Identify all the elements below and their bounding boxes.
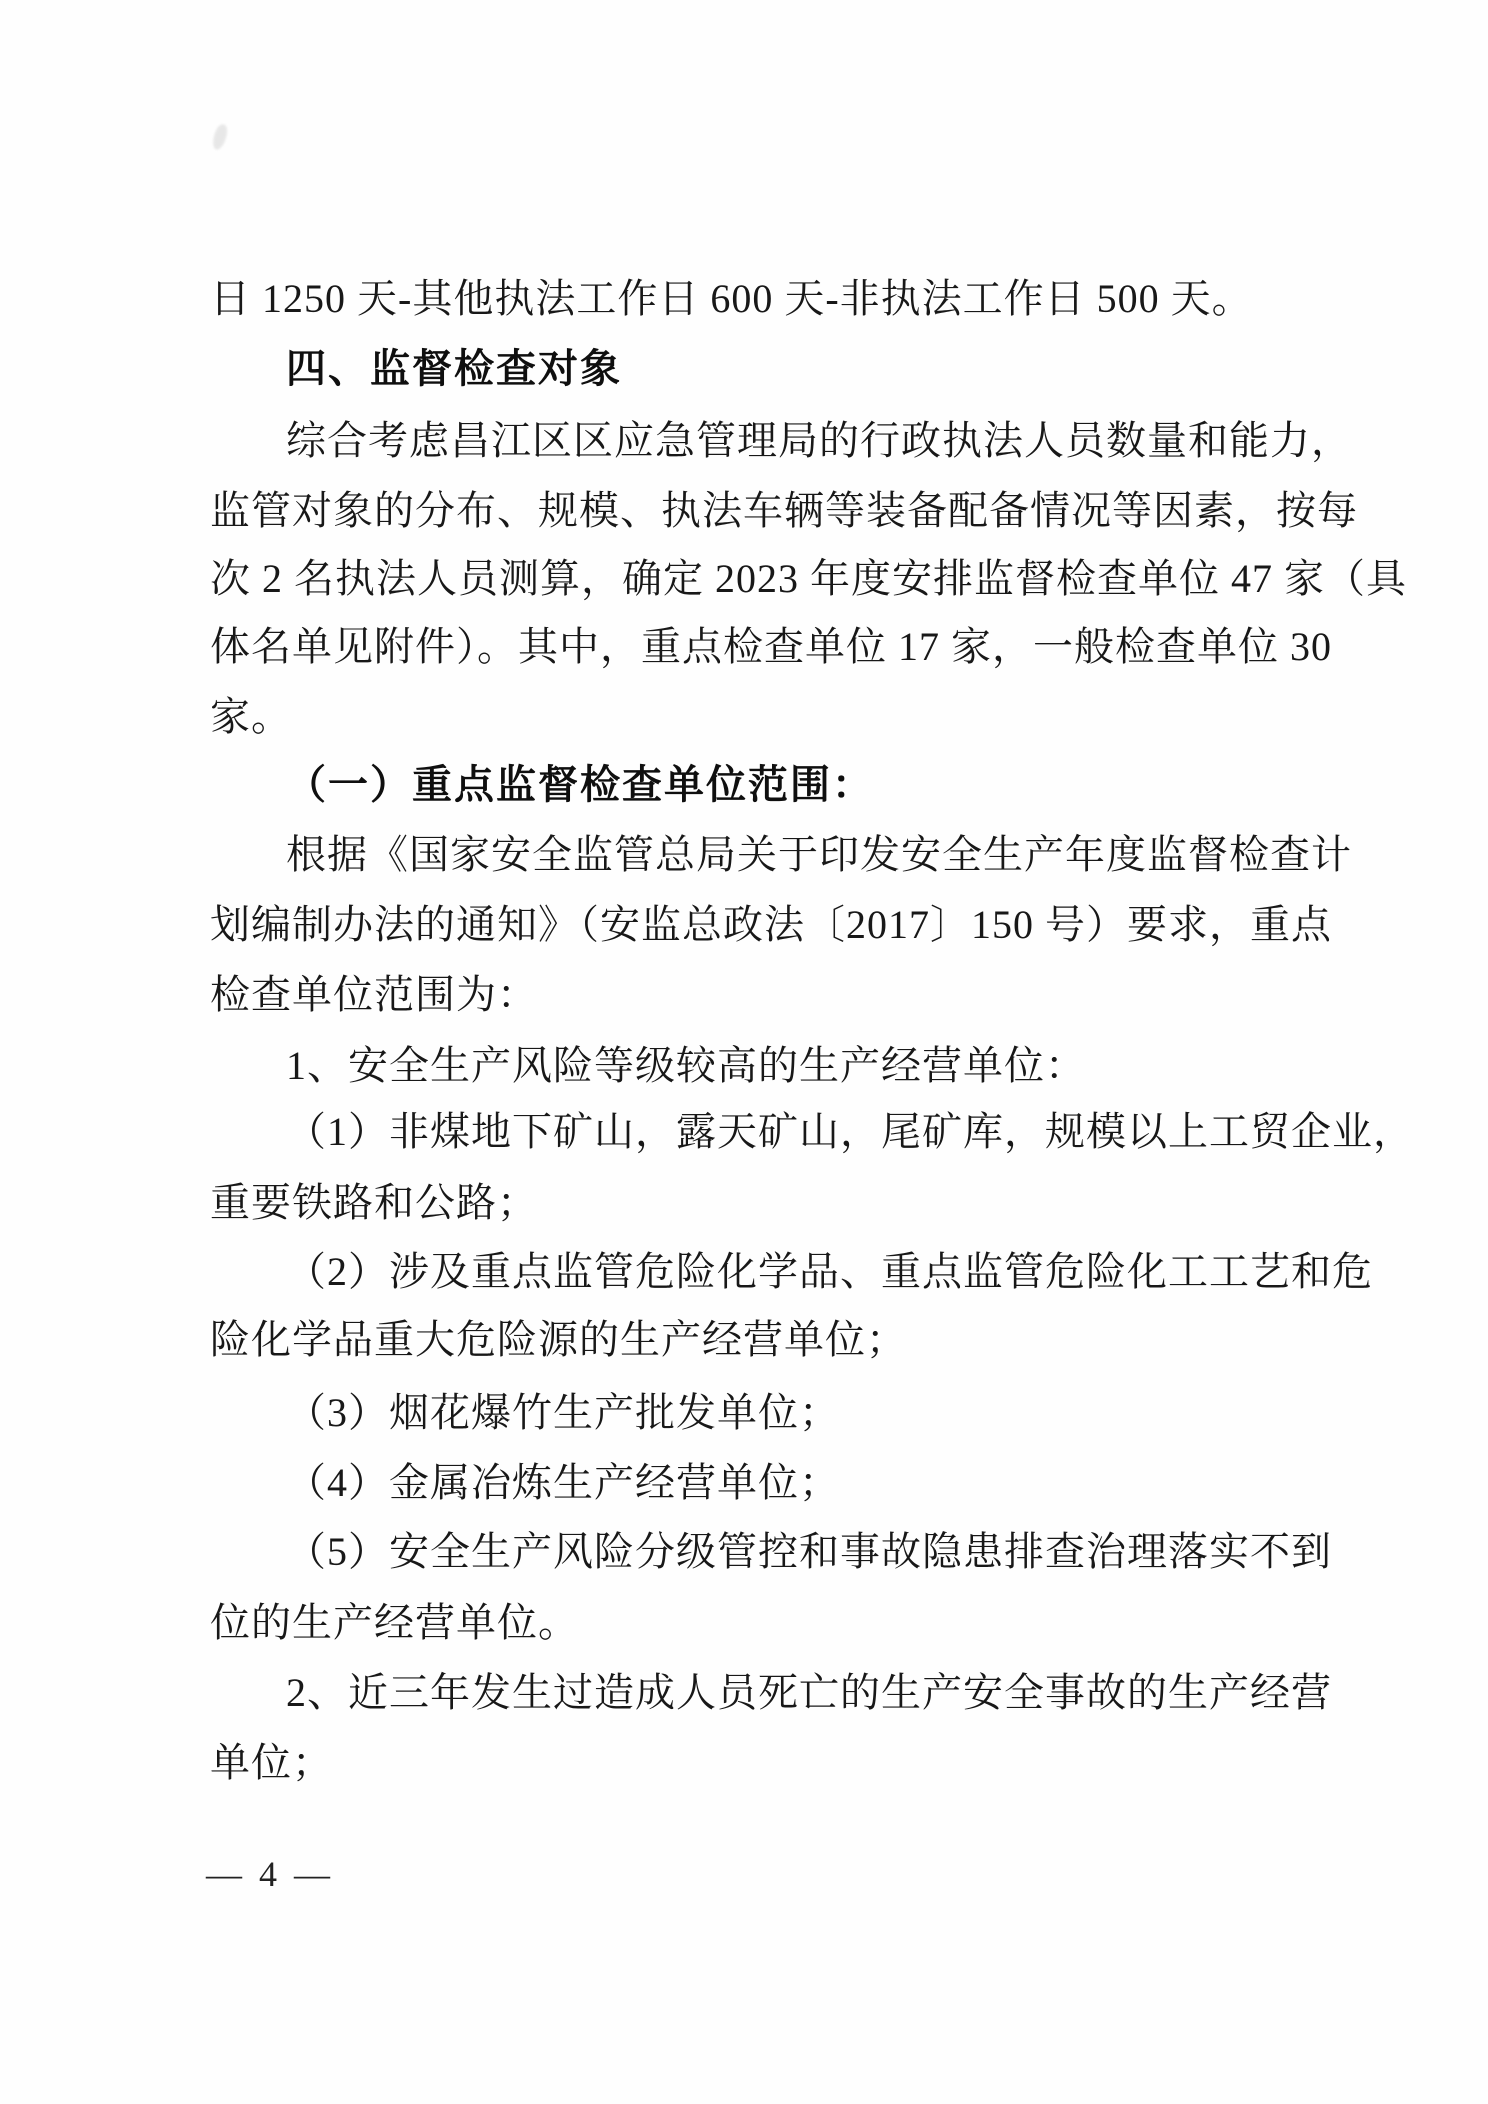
text-line: 位的生产经营单位。 bbox=[210, 1598, 1320, 1648]
text-line: （1）非煤地下矿山，露天矿山，尾矿库，规模以上工贸企业， bbox=[286, 1107, 1320, 1157]
scan-smudge-mark bbox=[211, 123, 229, 151]
text-line: 单位； bbox=[210, 1738, 1320, 1788]
page-number: — 4 — bbox=[206, 1852, 334, 1896]
text-line: 日 1250 天-其他执法工作日 600 天-非执法工作日 500 天。 bbox=[210, 274, 1320, 324]
document-page: 日 1250 天-其他执法工作日 600 天-非执法工作日 500 天。 四、监… bbox=[0, 0, 1488, 2104]
text-line: 体名单见附件）。其中，重点检查单位 17 家，一般检查单位 30 bbox=[210, 622, 1320, 672]
text-line: （3）烟花爆竹生产批发单位； bbox=[286, 1388, 1320, 1438]
text-line: 1、安全生产风险等级较高的生产经营单位： bbox=[286, 1041, 1320, 1091]
section-heading: （一）重点监督检查单位范围： bbox=[286, 760, 1320, 810]
section-heading: 四、监督检查对象 bbox=[286, 344, 1320, 394]
text-line: 检查单位范围为： bbox=[210, 970, 1320, 1020]
text-line: （5）安全生产风险分级管控和事故隐患排查治理落实不到 bbox=[286, 1527, 1320, 1577]
text-line: 监管对象的分布、规模、执法车辆等装备配备情况等因素，按每 bbox=[210, 486, 1320, 536]
text-line: 险化学品重大危险源的生产经营单位； bbox=[210, 1315, 1320, 1365]
text-line: 2、近三年发生过造成人员死亡的生产安全事故的生产经营 bbox=[286, 1668, 1320, 1718]
text-line: （2）涉及重点监管危险化学品、重点监管危险化工工艺和危 bbox=[286, 1247, 1320, 1297]
text-line: 根据《国家安全监管总局关于印发安全生产年度监督检查计 bbox=[286, 830, 1320, 880]
text-line: 家。 bbox=[210, 692, 1320, 742]
text-line: 综合考虑昌江区区应急管理局的行政执法人员数量和能力， bbox=[286, 416, 1320, 466]
text-line: 次 2 名执法人员测算，确定 2023 年度安排监督检查单位 47 家（具 bbox=[210, 554, 1320, 604]
text-line: （4）金属冶炼生产经营单位； bbox=[286, 1458, 1320, 1508]
text-line: 重要铁路和公路； bbox=[210, 1178, 1320, 1228]
text-line: 划编制办法的通知》（安监总政法〔2017〕150 号）要求，重点 bbox=[210, 900, 1320, 950]
